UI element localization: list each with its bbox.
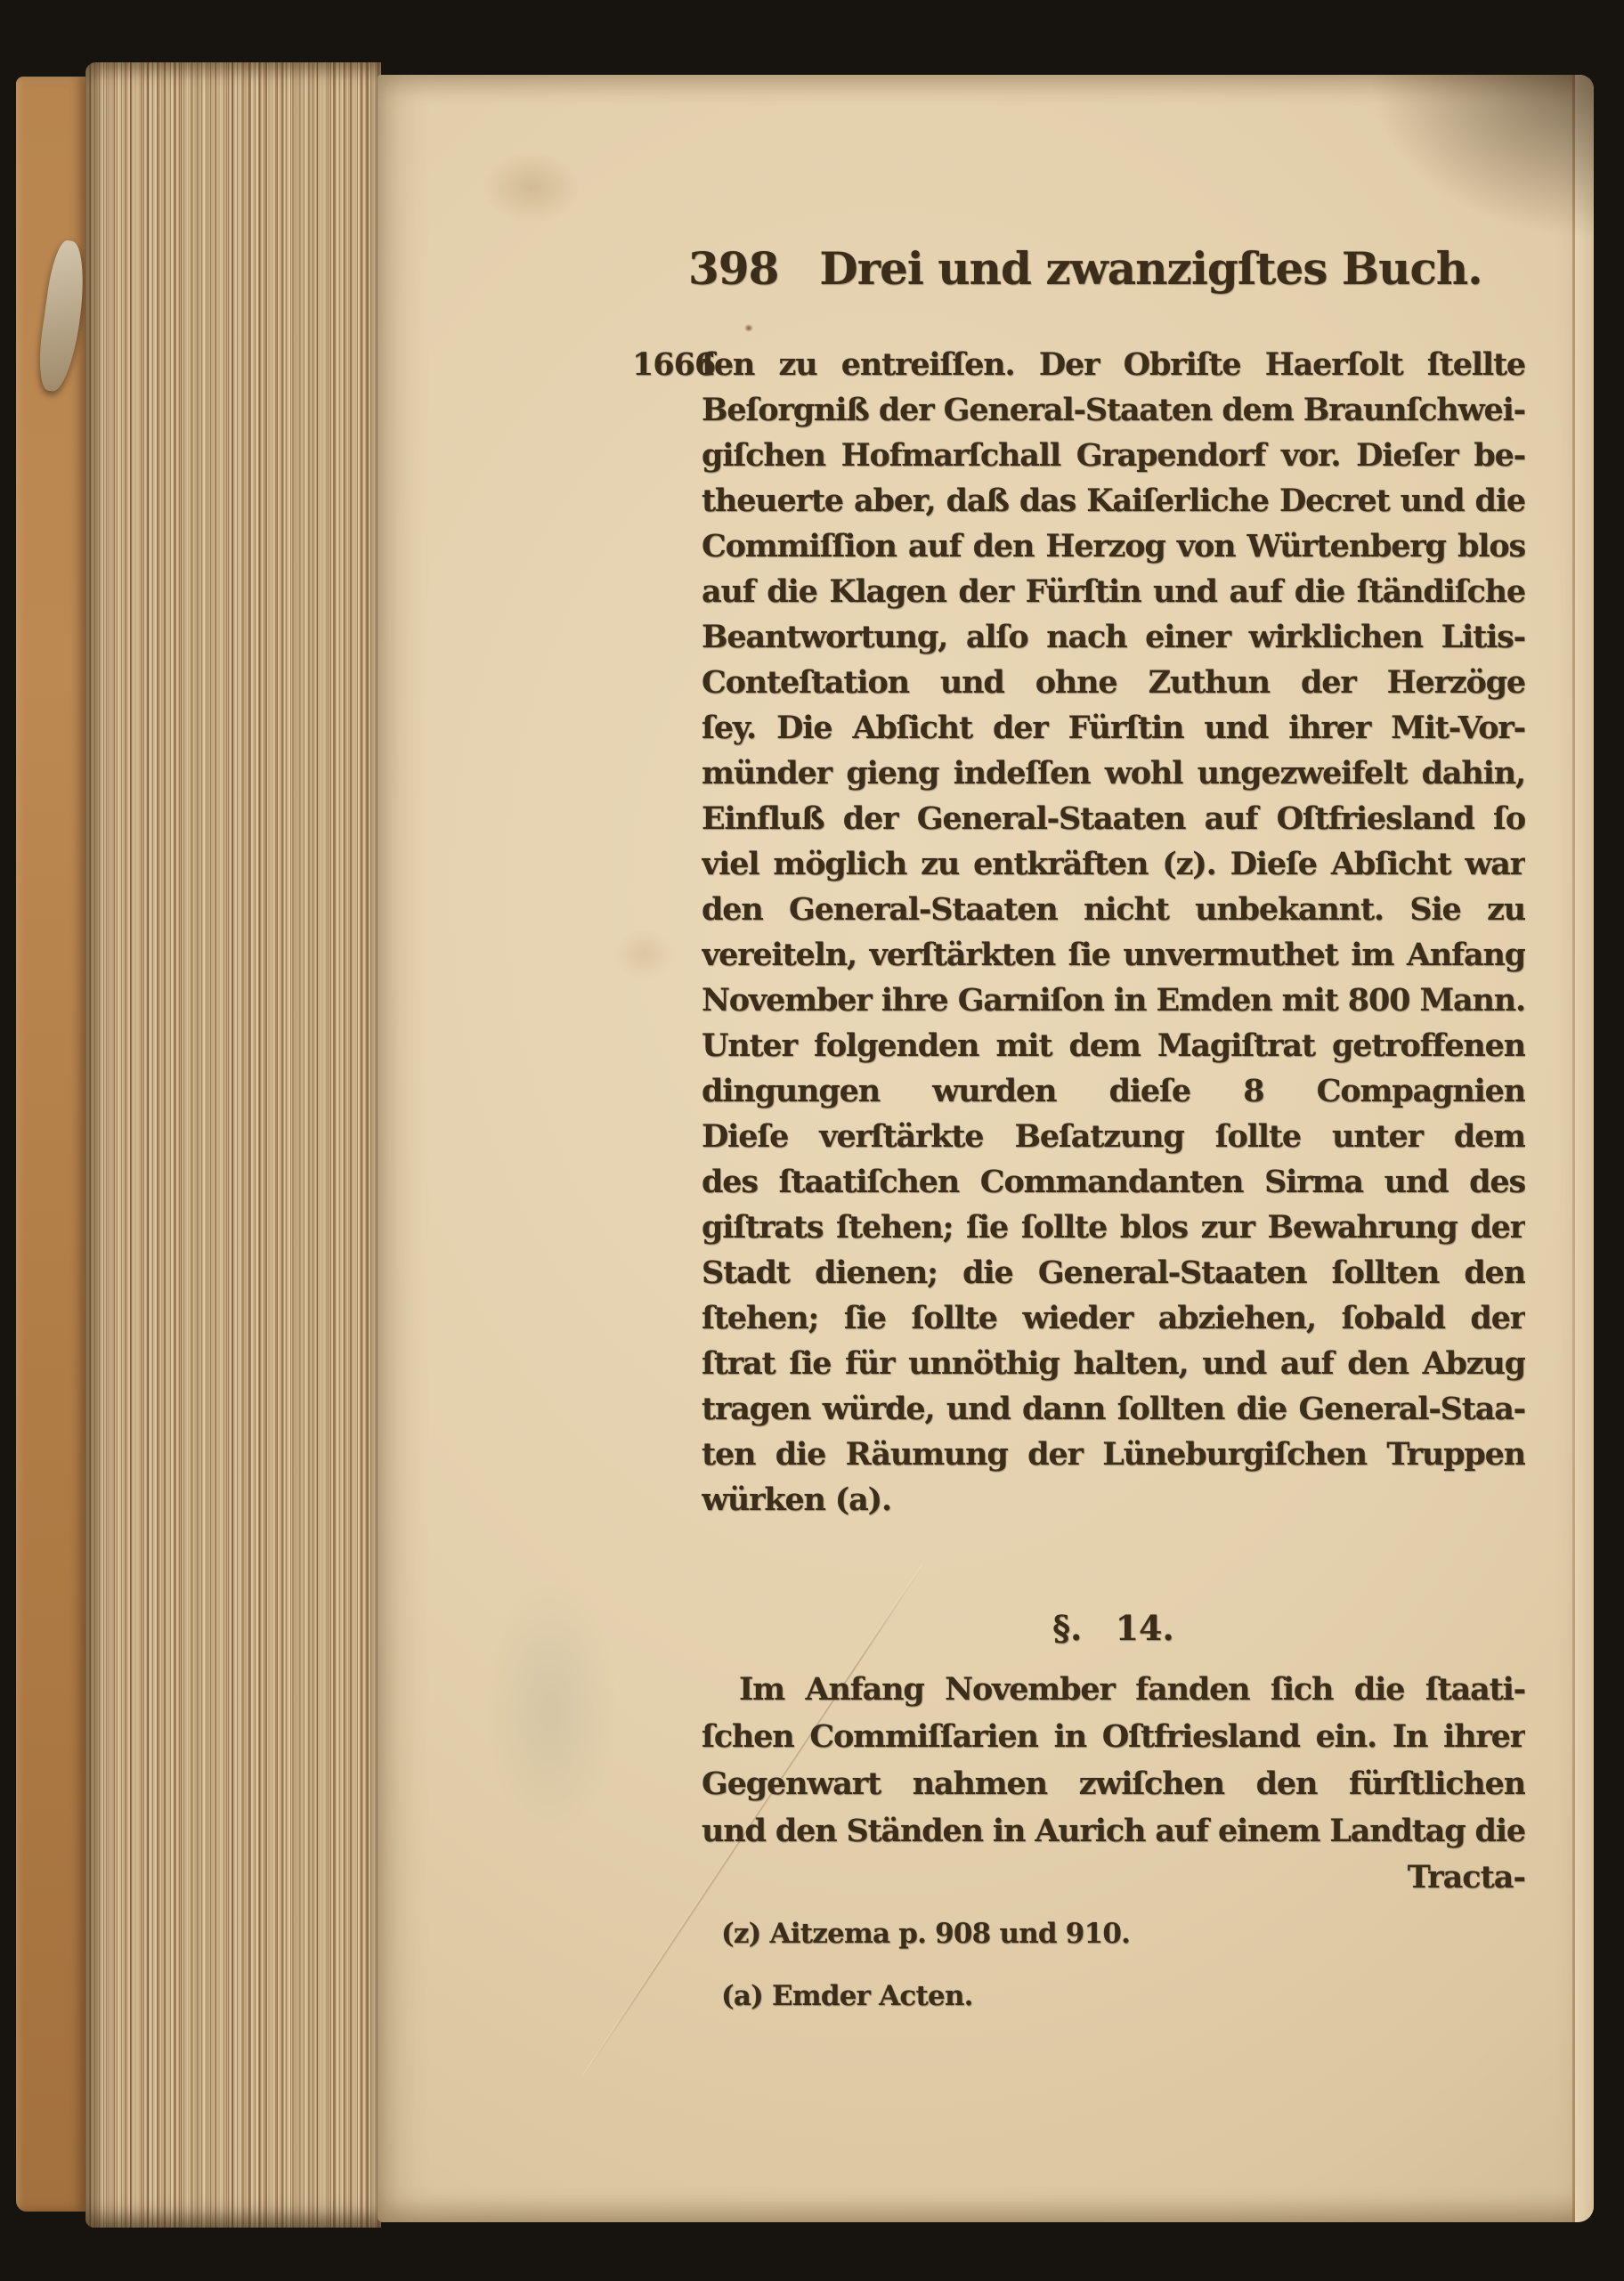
body-line: ſchen Commiſſarien in Oſtfriesland ein. … <box>702 1713 1525 1760</box>
page-header: 398 Drei und zwanzigſtes Buch. <box>688 242 1482 295</box>
footnote: (a) Emder Acten. <box>721 1977 1522 2016</box>
body-line: Commiſſion auf den Herzog von Würtenberg… <box>702 524 1525 569</box>
body-line: münder gieng indeſſen wohl ungezweifelt … <box>702 751 1525 796</box>
main-text-block: 1666 ſen zu entreiſſen. Der Obriſte Haer… <box>702 342 1525 1522</box>
footnotes: (z) Aitzema p. 908 und 910. (a) Emder Ac… <box>721 1914 1522 2039</box>
page-stain <box>483 151 581 223</box>
page-stain <box>613 929 675 979</box>
page-edge-strip <box>1575 75 1594 2222</box>
second-paragraph: Im Anfang November fanden ſich die ſtaat… <box>702 1666 1525 1855</box>
body-line: würken (a). <box>702 1477 1525 1522</box>
page-number: 398 <box>688 242 778 295</box>
ink-show-through <box>484 1579 618 1838</box>
body-line: Unter folgenden mit dem Magiſtrat getrof… <box>702 1023 1525 1068</box>
body-line: Im Anfang November fanden ſich die ſtaat… <box>702 1666 1525 1713</box>
body-line: Stadt dienen; die General-Staaten ſollte… <box>702 1250 1525 1295</box>
body-line: ſtrat ſie für unnöthig halten, und auf d… <box>702 1341 1525 1386</box>
body-line: Beantwortung, alſo nach einer wirklichen… <box>702 614 1525 660</box>
body-line: viel möglich zu entkräften (z). Dieſe Ab… <box>702 841 1525 887</box>
body-line: Beſorgniß der General-Staaten dem Braunſ… <box>702 387 1525 433</box>
running-title: Drei und zwanzigſtes Buch. <box>819 242 1482 295</box>
body-line: den General-Staaten nicht unbekannt. Sie… <box>702 887 1525 932</box>
body-line: Gegenwart nahmen zwiſchen den fürſtliche… <box>702 1760 1525 1807</box>
body-line: Einfluß der General-Staaten auf Oſtfries… <box>702 796 1525 841</box>
section-heading: §. 14. <box>702 1608 1525 1648</box>
body-line: November ihre Garniſon in Emden mit 800 … <box>702 978 1525 1023</box>
footnote: (z) Aitzema p. 908 und 910. <box>721 1914 1522 1953</box>
body-line: und den Ständen in Aurich auf einem Land… <box>702 1807 1525 1855</box>
body-line: dingungen wurden dieſe 8 Compagnien eing… <box>702 1068 1525 1114</box>
body-line: des ſtaatiſchen Commandanten Sirma und d… <box>702 1159 1525 1205</box>
body-line: Conteſtation und ohne Zuthun der Herzöge… <box>702 660 1525 705</box>
body-line: vereiteln, verſtärkten ſie unvermuthet i… <box>702 932 1525 978</box>
body-line: tragen würde, und dann ſollten die Gener… <box>702 1386 1525 1432</box>
book: 398 Drei und zwanzigſtes Buch. 1666 ſen … <box>16 52 1594 2231</box>
body-line: ſtehen; ſie ſollte wieder abziehen, ſoba… <box>702 1295 1525 1341</box>
ink-spot <box>744 324 753 332</box>
body-line: giſtrats ſtehen; ſie ſollte blos zur Bew… <box>702 1205 1525 1250</box>
body-line: ſen zu entreiſſen. Der Obriſte Haerſolt … <box>702 342 1525 387</box>
page-corner-shadow <box>1362 75 1594 244</box>
body-line: ten die Räumung der Lüneburgiſchen Trupp… <box>702 1432 1525 1477</box>
photo-background: 398 Drei und zwanzigſtes Buch. 1666 ſen … <box>0 0 1624 2281</box>
body-line: theuerte aber, daß das Kaiſerliche Decre… <box>702 478 1525 524</box>
body-line: giſchen Hofmarſchall Grapendorf vor. Die… <box>702 433 1525 478</box>
body-line: Dieſe verſtärkte Beſatzung ſollte unter … <box>702 1114 1525 1159</box>
catchword: Tracta- <box>702 1859 1525 1895</box>
body-line: ſey. Die Abſicht der Fürſtin und ihrer M… <box>702 705 1525 751</box>
book-cover-edge <box>16 77 87 2212</box>
body-line: auf die Klagen der Fürſtin und auf die ſ… <box>702 569 1525 614</box>
page-fold-line <box>1572 75 1575 2222</box>
page-stack-fore-edge <box>85 62 381 2228</box>
